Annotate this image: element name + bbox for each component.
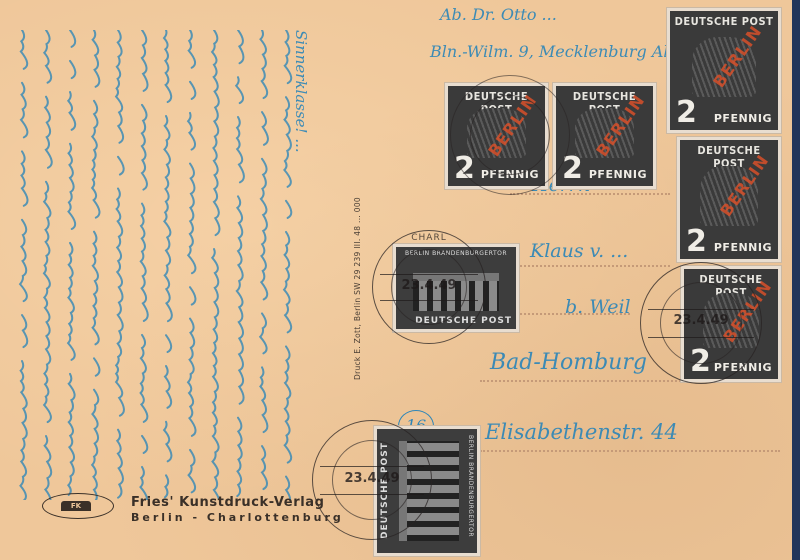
postmark-date: 23.4.49 <box>373 278 485 293</box>
postmark-bar <box>380 300 479 301</box>
stamp-denomination: PFENNIG <box>714 112 772 125</box>
stamp-2-pfennig: DEUTSCHE POST 2 PFENNIG BERLIN <box>677 137 781 262</box>
postmark-bar <box>320 466 424 467</box>
publisher-name: Fries' Kunstdruck-Verlag <box>131 495 344 510</box>
sender-line-1: Ab. Dr. Otto ... <box>440 5 557 24</box>
stamp-title: BERLIN BRANDENBURGERTOR <box>466 435 474 547</box>
handwriting-strokes <box>14 30 314 500</box>
recipient-city: Bad-Homburg <box>490 350 647 375</box>
postcard: Sinnerklasse! ... Druck E. Zott, Berlin … <box>0 0 792 560</box>
handwritten-message-block <box>14 30 314 500</box>
postmark-date: 23.4.49 <box>641 313 761 328</box>
postmark-date: 23.4.49 <box>313 471 431 486</box>
stamp-2-pfennig: DEUTSCHE POST 2 PFENNIG BERLIN <box>667 8 781 133</box>
postmark-inner-ring <box>470 95 550 175</box>
postmark <box>450 75 570 195</box>
postmark: 23.4.49 <box>640 262 762 384</box>
recipient-name: Klaus v. ... <box>530 240 628 262</box>
publisher-logo-initials: FK <box>61 501 91 511</box>
publisher-logo: FK <box>42 493 114 519</box>
postmark-bar <box>648 309 754 310</box>
printer-imprint: Druck E. Zott, Berlin SW 29 239 III. 48 … <box>353 197 362 380</box>
address-line <box>480 450 780 452</box>
postmark-bar <box>648 337 754 338</box>
stamp-country: DEUTSCHE POST <box>670 15 778 28</box>
publisher-imprint: Fries' Kunstdruck-Verlag Berlin - Charlo… <box>131 495 344 524</box>
recipient-care-of: b. Weil <box>565 296 631 318</box>
stamp-denomination: PFENNIG <box>589 168 647 181</box>
postmark-text: CHARL <box>373 233 485 243</box>
postmark: CHARL 23.4.49 <box>372 230 486 344</box>
postmark-bar <box>380 274 479 275</box>
scan-border <box>792 0 800 560</box>
recipient-street: Elisabethenstr. 44 <box>485 420 678 444</box>
publisher-location: Berlin - Charlottenburg <box>131 511 344 524</box>
stamp-value: 2 <box>686 227 707 257</box>
stamp-value: 2 <box>676 98 697 128</box>
stamp-denomination: PFENNIG <box>714 241 772 254</box>
address-line <box>520 265 670 267</box>
